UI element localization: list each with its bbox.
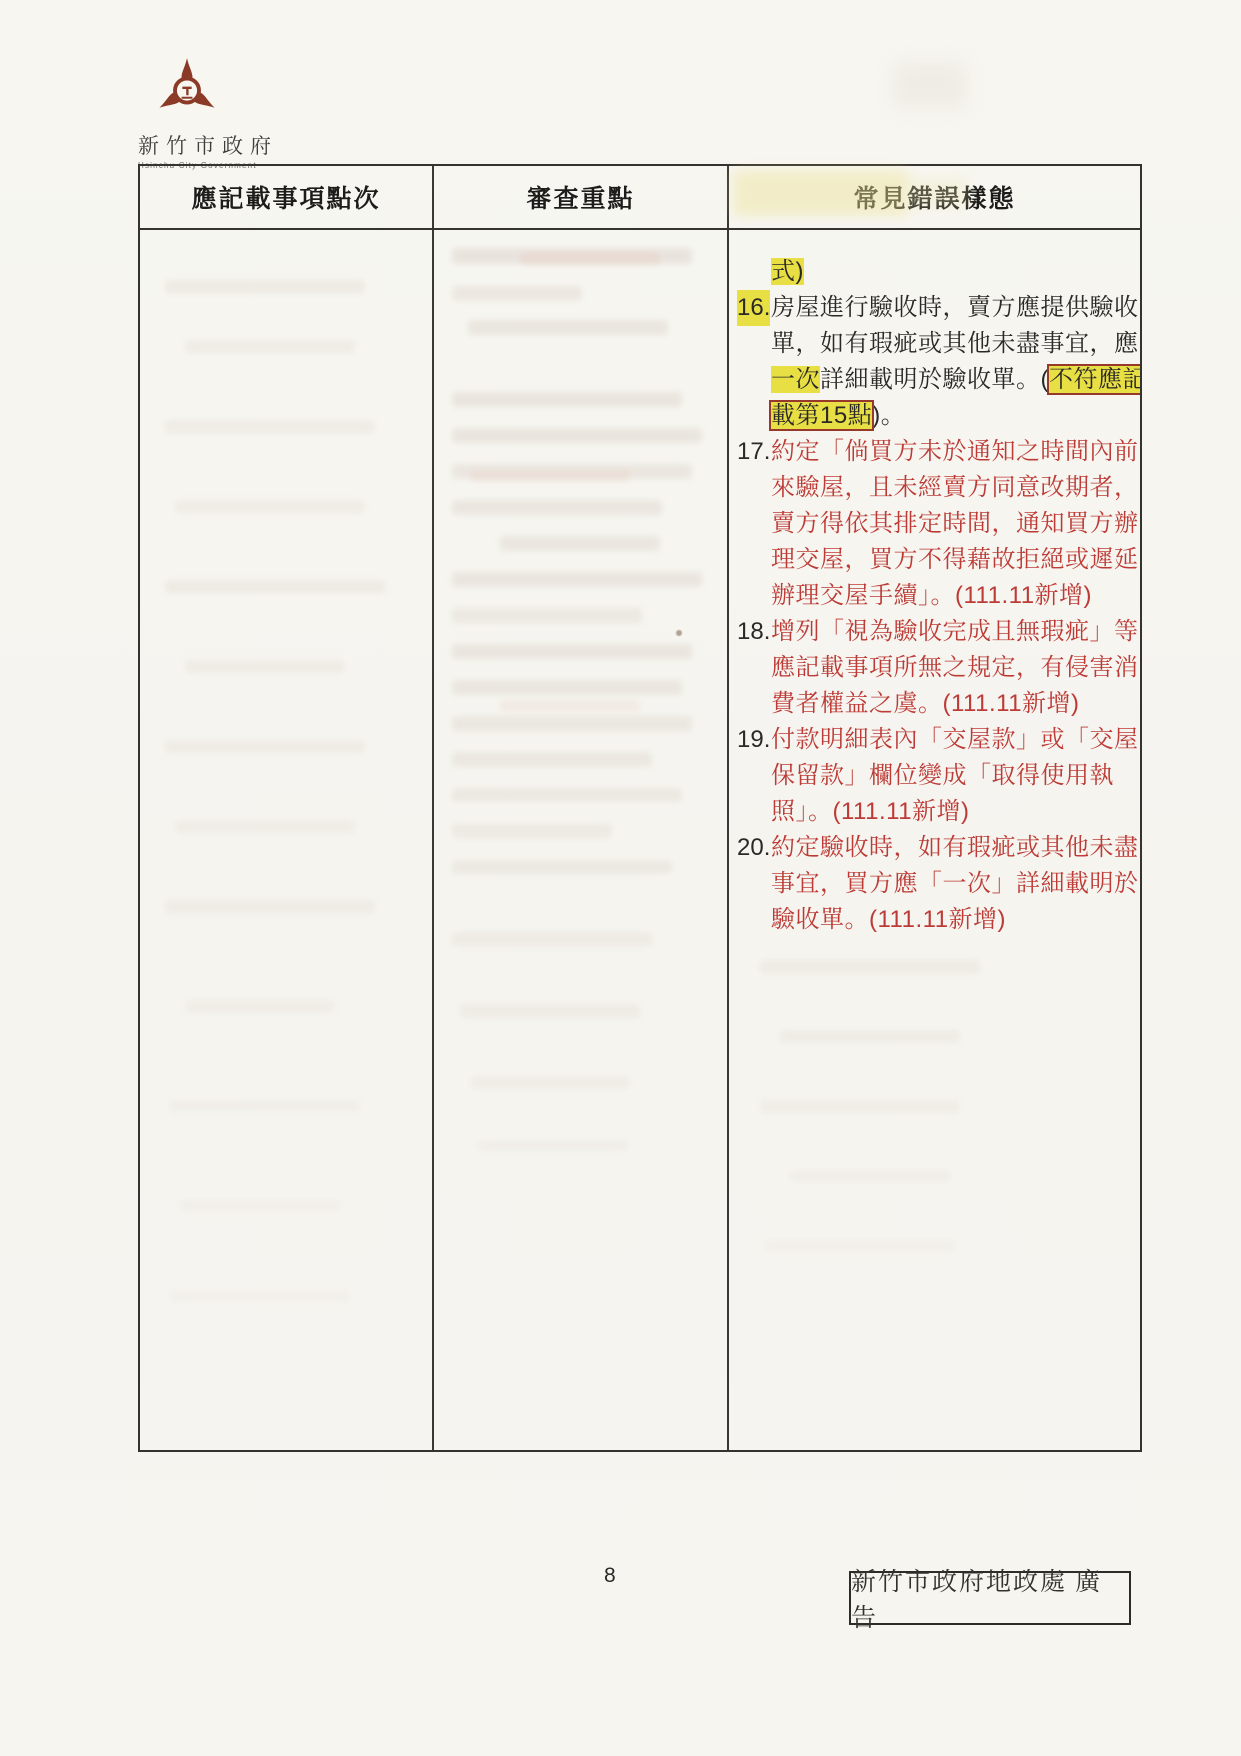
text-line: 應記載事項所無之規定，有侵害消 (771, 650, 1136, 686)
error-item: 19.付款明細表內「交屋款」或「交屋保留款」欄位變成「取得使用執照」。(111.… (737, 722, 1136, 830)
item-number: 18. (737, 614, 770, 650)
text-segment: 事宜，買方應「一次」詳細載明於 (771, 870, 1139, 897)
text-segment: 房屋進行驗收時，賣方應提供驗收 (771, 294, 1139, 321)
text-segment: 驗收單。(111.11新增) (771, 906, 1006, 933)
item-number: 19. (737, 722, 770, 758)
agency-logo: 新竹市政府 Hsinchu City Government (138, 52, 278, 170)
text-line: 費者權益之虞。(111.11新增) (771, 686, 1136, 722)
agency-name-zh: 新竹市政府 (138, 130, 278, 160)
highlighted-text: 式) (771, 258, 804, 285)
error-item: 16.房屋進行驗收時，賣方應提供驗收單，如有瑕疵或其他未盡事宜，應一次詳細載明於… (737, 290, 1136, 434)
text-line: 付款明細表內「交屋款」或「交屋 (771, 722, 1136, 758)
boxed-highlight: 載第15點 (771, 402, 872, 429)
column-header-items: 應記載事項點次 (140, 166, 434, 228)
text-line: 房屋進行驗收時，賣方應提供驗收 (771, 290, 1136, 326)
text-line: 載第15點)。 (771, 398, 1136, 434)
text-segment: 應記載事項所無之規定，有侵害消 (771, 654, 1139, 681)
text-line: 辦理交屋手續」。(111.11新增) (771, 578, 1136, 614)
text-line: 式) (771, 254, 1136, 290)
text-line: 增列「視為驗收完成且無瑕疵」等 (771, 614, 1136, 650)
text-segment: 照」。(111.11新增) (771, 798, 970, 825)
text-segment: 保留款」欄位變成「取得使用執 (771, 762, 1114, 789)
text-segment: 單，如有瑕疵或其他未盡事宜，應 (771, 330, 1139, 357)
text-segment: 約定「倘買方未於通知之時間內前 (771, 438, 1139, 465)
error-item: 17.約定「倘買方未於通知之時間內前來驗屋，且未經賣方同意改期者，賣方得依其排定… (737, 434, 1136, 614)
text-segment: 理交屋，買方不得藉故拒絕或遲延 (771, 546, 1139, 573)
text-line: 約定「倘買方未於通知之時間內前 (771, 434, 1136, 470)
text-segment: 費者權益之虞。(111.11新增) (771, 690, 1080, 717)
text-segment: 詳細載明於驗收單。( (820, 366, 1049, 393)
review-points-cell (434, 230, 729, 1450)
text-segment: 辦理交屋手續」。(111.11新增) (771, 582, 1092, 609)
text-segment: 約定驗收時，如有瑕疵或其他未盡 (771, 834, 1139, 861)
text-line: 保留款」欄位變成「取得使用執 (771, 758, 1136, 794)
text-segment: 來驗屋，且未經賣方同意改期者， (771, 474, 1139, 501)
error-item: 式) (737, 254, 1136, 290)
table-header-row: 應記載事項點次 審查重點 常見錯誤樣態 (140, 166, 1140, 230)
text-line: 賣方得依其排定時間，通知買方辦 (771, 506, 1136, 542)
item-number: 17. (737, 434, 770, 470)
item-number: 16. (737, 290, 770, 326)
publisher-box: 新竹市政府地政處 廣告 (849, 1571, 1131, 1625)
table-body-row: 式)16.房屋進行驗收時，賣方應提供驗收單，如有瑕疵或其他未盡事宜，應一次詳細載… (140, 230, 1140, 1450)
text-line: 事宜，買方應「一次」詳細載明於 (771, 866, 1136, 902)
text-segment: 付款明細表內「交屋款」或「交屋 (771, 726, 1139, 753)
hsinchu-city-emblem-icon (156, 52, 218, 126)
review-table: 應記載事項點次 審查重點 常見錯誤樣態 式)16.房屋進行驗收時，賣方應提供驗收… (138, 164, 1142, 1452)
common-errors-cell: 式)16.房屋進行驗收時，賣方應提供驗收單，如有瑕疵或其他未盡事宜，應一次詳細載… (729, 230, 1140, 1450)
text-line: 單，如有瑕疵或其他未盡事宜，應 (771, 326, 1136, 362)
error-item: 20.約定驗收時，如有瑕疵或其他未盡事宜，買方應「一次」詳細載明於驗收單。(11… (737, 830, 1136, 938)
text-line: 來驗屋，且未經賣方同意改期者， (771, 470, 1136, 506)
column-header-common-errors: 常見錯誤樣態 (729, 166, 1140, 228)
text-line: 驗收單。(111.11新增) (771, 902, 1136, 938)
scanned-page: 新竹市政府 Hsinchu City Government 應記載事項點次 審查… (0, 0, 1241, 1756)
text-segment: 增列「視為驗收完成且無瑕疵」等 (771, 618, 1139, 645)
items-cell (140, 230, 434, 1450)
boxed-highlight: 不符應記 (1049, 366, 1140, 393)
page-number: 8 (604, 1564, 616, 1588)
item-number: 20. (737, 830, 770, 866)
publisher-label: 新竹市政府地政處 廣告 (851, 1562, 1129, 1634)
text-line: 理交屋，買方不得藉故拒絕或遲延 (771, 542, 1136, 578)
scan-bleedthrough (893, 62, 967, 108)
column-header-review-points: 審查重點 (434, 166, 729, 228)
text-segment: )。 (872, 402, 905, 429)
error-items: 式)16.房屋進行驗收時，賣方應提供驗收單，如有瑕疵或其他未盡事宜，應一次詳細載… (729, 230, 1140, 938)
text-line: 一次詳細載明於驗收單。(不符應記 (771, 362, 1136, 398)
highlighted-text: 一次 (771, 366, 820, 393)
error-item: 18.增列「視為驗收完成且無瑕疵」等應記載事項所無之規定，有侵害消費者權益之虞。… (737, 614, 1136, 722)
text-line: 約定驗收時，如有瑕疵或其他未盡 (771, 830, 1136, 866)
text-segment: 賣方得依其排定時間，通知買方辦 (771, 510, 1139, 537)
text-line: 照」。(111.11新增) (771, 794, 1136, 830)
